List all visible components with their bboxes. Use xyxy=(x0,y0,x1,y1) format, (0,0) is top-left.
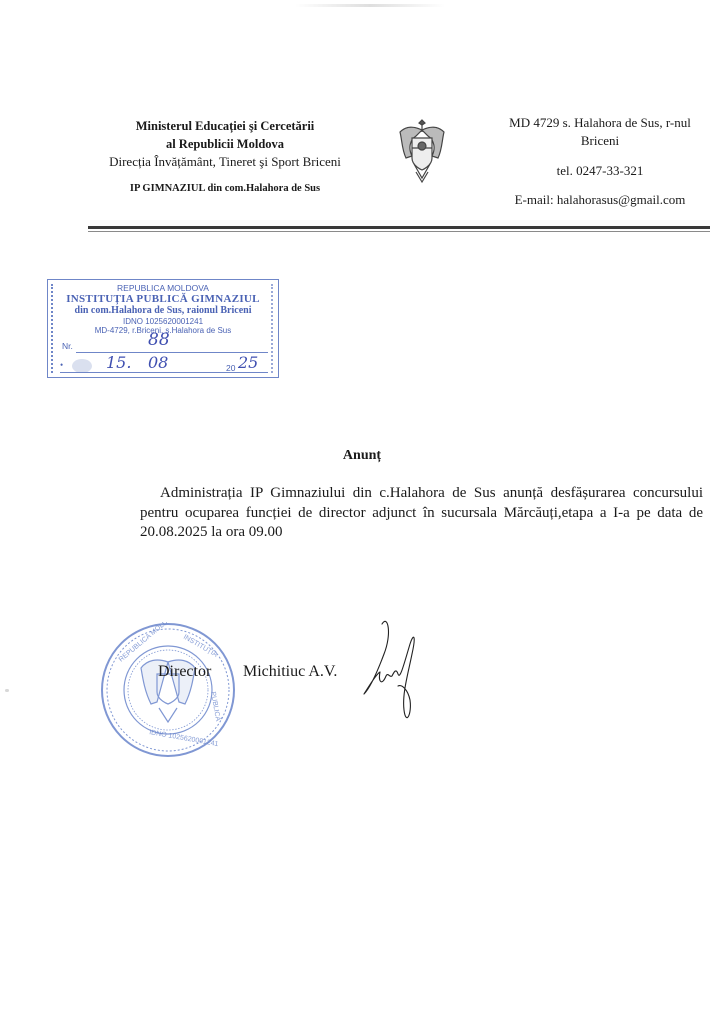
letterhead-left: Ministerul Educației şi Cercetării al Re… xyxy=(90,117,360,194)
stamp-date-line xyxy=(60,372,268,373)
email: E-mail: halahorasus@gmail.com xyxy=(490,192,710,208)
header-divider-thin xyxy=(88,231,710,232)
announcement-body-text: Administrația IP Gimnaziului din c.Halah… xyxy=(140,485,703,540)
stamp-day: 15. xyxy=(106,353,131,372)
svg-text:INSTITUȚIA: INSTITUȚIA xyxy=(182,634,219,659)
svg-text:IDNO 1025620001241: IDNO 1025620001241 xyxy=(149,729,219,748)
stamp-nr-value: 88 xyxy=(148,330,170,350)
stamp-date-dot: • xyxy=(60,360,63,370)
stamp-nr-label: Nr. xyxy=(62,341,73,351)
stamp-year-suffix: 25 xyxy=(238,353,258,372)
svg-text:REPUBLICA MOLDOVA: REPUBLICA MOLDOVA xyxy=(118,622,181,664)
ministry-country: al Republicii Moldova xyxy=(90,135,360,153)
scan-speck xyxy=(5,689,9,692)
stamp-month: 08 xyxy=(148,353,168,372)
phone: tel. 0247-33-321 xyxy=(490,163,710,179)
stamp-smudge xyxy=(72,359,92,373)
scan-artifact xyxy=(295,4,445,7)
ministry-name: Ministerul Educației şi Cercetării xyxy=(90,117,360,135)
institution-name: IP GIMNAZIUL din com.Halahora de Sus xyxy=(90,183,360,194)
address-line-1: MD 4729 s. Halahora de Sus, r-nul xyxy=(490,114,710,132)
letterhead-right: MD 4729 s. Halahora de Sus, r-nul Bricen… xyxy=(490,114,710,208)
header-divider xyxy=(88,226,710,229)
directorate-name: Direcția Învățământ, Tineret şi Sport Br… xyxy=(90,153,360,171)
coat-of-arms-icon xyxy=(394,116,450,184)
handwritten-signature-icon xyxy=(358,614,430,732)
announcement-body: Administrația IP Gimnaziului din c.Halah… xyxy=(140,484,703,543)
svg-text:PUBLICĂ: PUBLICĂ xyxy=(209,691,223,722)
stamp-locality: din com.Halahora de Sus, raionul Briceni xyxy=(48,305,278,316)
stamp-institution: INSTITUȚIA PUBLICĂ GIMNAZIUL xyxy=(48,293,278,305)
registration-stamp: REPUBLICA MOLDOVA INSTITUȚIA PUBLICĂ GIM… xyxy=(47,279,279,378)
official-seal-icon: REPUBLICA MOLDOVA INSTITUȚIA PUBLICĂ IDN… xyxy=(99,622,237,758)
signatory-role: Director xyxy=(158,663,211,681)
stamp-country: REPUBLICA MOLDOVA xyxy=(48,283,278,293)
stamp-idno: IDNO 1025620001241 xyxy=(48,317,278,326)
announcement-title: Anunț xyxy=(0,448,724,464)
address-line-2: Briceni xyxy=(490,132,710,150)
signatory-name: Michitiuc A.V. xyxy=(243,663,337,681)
